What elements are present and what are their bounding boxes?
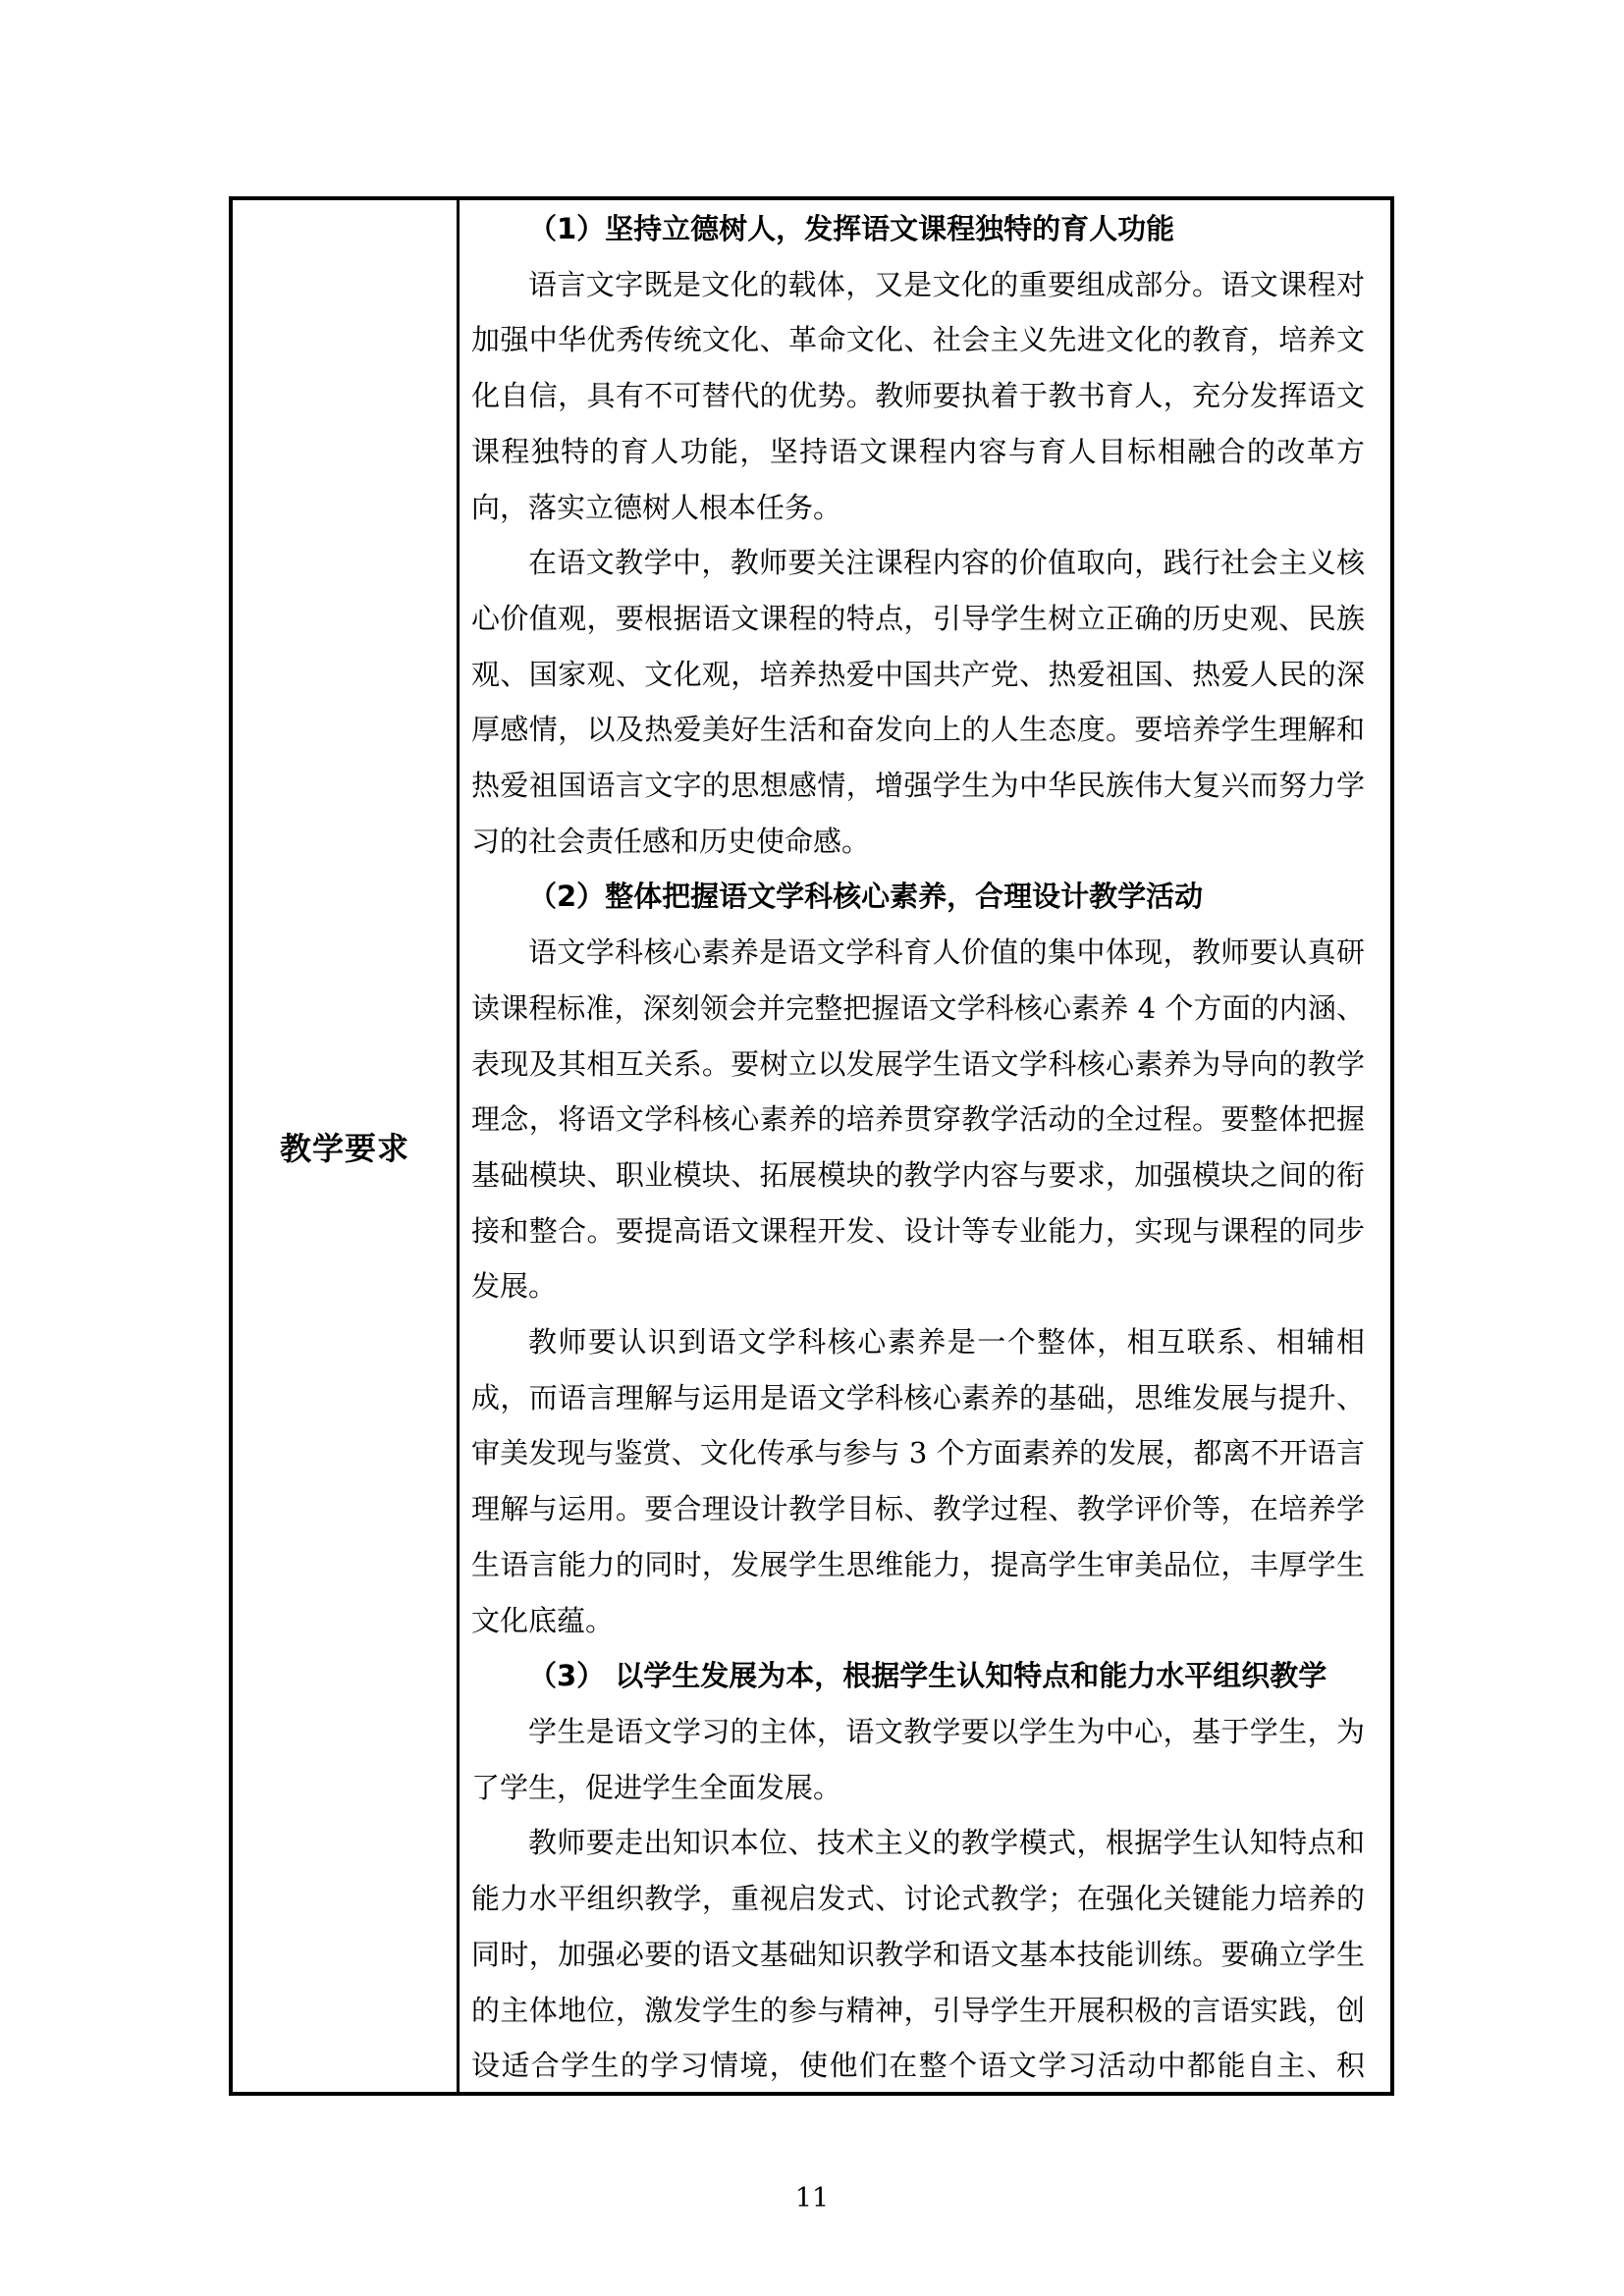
section-1-paragraph-2: 在语文教学中，教师要关注课程内容的价值取向，践行社会主义核心价值观，要根据语文课… [471, 535, 1365, 869]
section-3-heading: （3） 以学生发展为本，根据学生认知特点和能力水平组织教学 [471, 1648, 1365, 1704]
section-3-paragraph-2: 教师要走出知识本位、技术主义的教学模式，根据学生认知特点和能力水平组织教学，重视… [471, 1815, 1365, 2092]
section-3-paragraph-1: 学生是语文学习的主体，语文教学要以学生为中心，基于学生，为了学生，促进学生全面发… [471, 1704, 1365, 1815]
section-1-heading: （1）坚持立德树人，发挥语文课程独特的育人功能 [471, 201, 1365, 257]
content-cell: （1）坚持立德树人，发挥语文课程独特的育人功能 语言文字既是文化的载体，又是文化… [460, 200, 1390, 2092]
row-label: 教学要求 [280, 1124, 409, 1169]
document-page: 教学要求 （1）坚持立德树人，发挥语文课程独特的育人功能 语言文字既是文化的载体… [0, 0, 1624, 2296]
row-header-cell: 教学要求 [233, 200, 460, 2092]
section-1-paragraph-1: 语言文字既是文化的载体，又是文化的重要组成部分。语文课程对加强中华优秀传统文化、… [471, 257, 1365, 536]
page-number: 11 [0, 2183, 1624, 2214]
section-2-heading: （2）整体把握语文学科核心素养，合理设计教学活动 [471, 869, 1365, 925]
teaching-requirements-table: 教学要求 （1）坚持立德树人，发挥语文课程独特的育人功能 语言文字既是文化的载体… [229, 196, 1394, 2096]
section-2-paragraph-1: 语文学科核心素养是语文学科育人价值的集中体现，教师要认真研读课程标准，深刻领会并… [471, 925, 1365, 1314]
section-2-paragraph-2: 教师要认识到语文学科核心素养是一个整体，相互联系、相辅相成，而语言理解与运用是语… [471, 1314, 1365, 1648]
